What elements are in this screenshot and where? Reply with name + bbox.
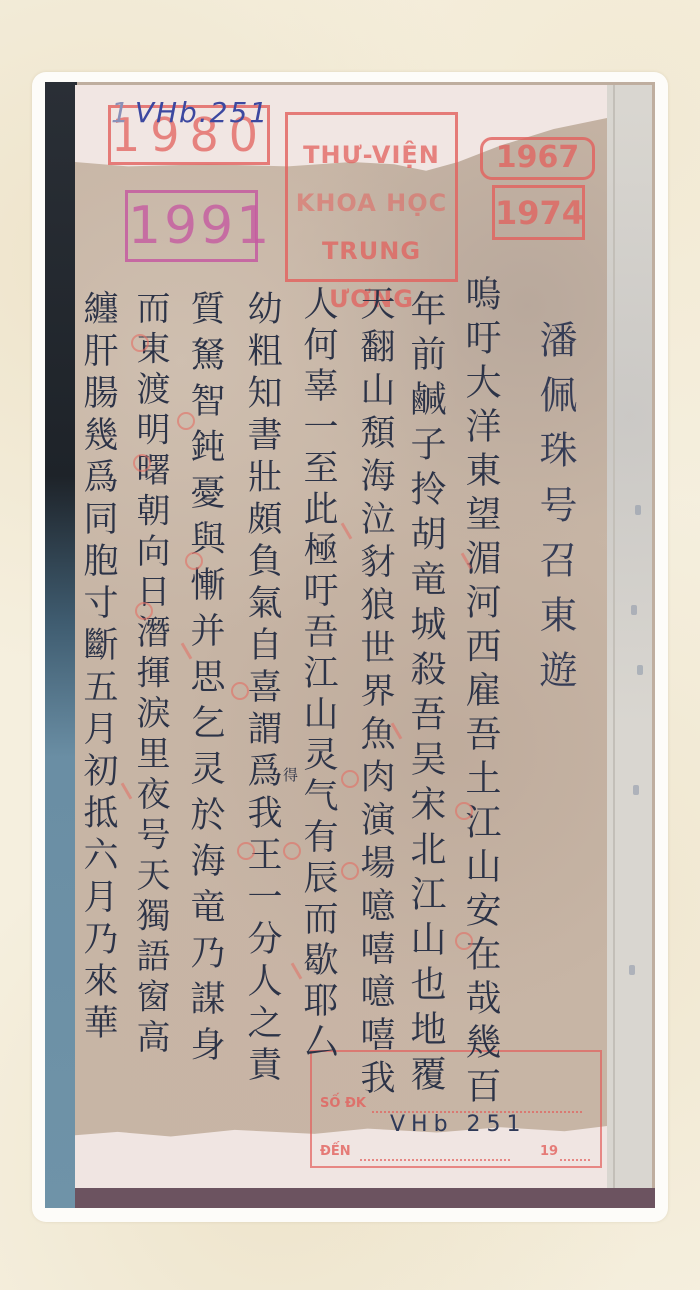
year-stamp-right-box: 1974 — [492, 185, 585, 240]
red-punctuation-mark — [455, 932, 473, 950]
bottom-cover-edge — [75, 1188, 655, 1208]
manuscript-photo: 1980 1VHb.251 THƯ-VIỆN KHOA HỌC TRUNG ƯƠ… — [45, 82, 655, 1208]
year-stamp-top-right: 1967 — [480, 137, 595, 180]
adjacent-page-strip — [607, 85, 652, 1189]
red-punctuation-mark — [133, 454, 151, 472]
text-column-4: 人何辜一至此極吁吾江山灵气有辰而歇耶厶 — [296, 285, 340, 1064]
faint-text-mark — [629, 965, 635, 975]
text-column-6: 質駑智鈍憂與慚并思乞灵於海竜乃謀身 — [183, 290, 227, 1072]
call-number-prefix: 1 — [111, 96, 131, 129]
red-punctuation-mark — [237, 842, 255, 860]
red-punctuation-mark — [341, 770, 359, 788]
call-number-text: VHb.251 — [135, 96, 269, 129]
text-column-8: 纏肝腸幾爲同胞寸斷五月初抵六月乃來華 — [76, 290, 120, 1046]
year-stamp-magenta: 1991 — [125, 190, 258, 262]
call-number-bottom: VHb 251 — [390, 1112, 527, 1137]
library-stamp-line1: THƯ-VIỆN — [288, 131, 455, 179]
library-stamp: THƯ-VIỆN KHOA HỌC TRUNG ƯƠNG — [285, 112, 458, 282]
text-column-2: 年前鹹子拎胡竜城殺吾吴宋北江山也地覆 — [403, 290, 447, 1100]
received-year-label: 19 — [540, 1144, 558, 1159]
interlinear-note: 得 — [283, 764, 298, 785]
red-punctuation-mark — [341, 862, 359, 880]
text-column-7: 而東渡明曙朝向日潛揮淚里夜号天獨語窗高 — [128, 290, 172, 1060]
faint-text-mark — [637, 665, 643, 675]
received-label: ĐẾN — [320, 1144, 351, 1159]
binding-edge — [45, 82, 77, 1208]
red-punctuation-mark — [135, 602, 153, 620]
red-punctuation-mark — [177, 412, 195, 430]
faint-text-mark — [631, 605, 637, 615]
red-punctuation-mark — [283, 842, 301, 860]
red-punctuation-mark — [131, 334, 149, 352]
year-stamp-text: 1974 — [495, 194, 584, 232]
received-year-dotted-line — [560, 1158, 590, 1161]
page-fold-line — [613, 85, 615, 1189]
red-punctuation-mark — [231, 682, 249, 700]
red-punctuation-mark — [455, 802, 473, 820]
call-number-top: 1VHb.251 — [111, 96, 269, 129]
red-punctuation-mark — [185, 552, 203, 570]
year-stamp-text: 1967 — [496, 140, 580, 175]
text-column-3: 天翻山頽海泣豺狼世界魚肉演場噫嘻噫嘻我 — [353, 285, 397, 1102]
title-column: 潘佩珠号召東遊 — [533, 320, 577, 705]
text-column-1: 嗚吁大洋東望湄河西雇吾土江山安在哉幾百 — [458, 275, 502, 1111]
faint-text-mark — [635, 505, 641, 515]
faint-text-mark — [633, 785, 639, 795]
year-stamp-text: 1991 — [128, 196, 272, 256]
received-dotted-line — [360, 1158, 510, 1161]
library-stamp-line2: KHOA HỌC — [288, 179, 455, 227]
